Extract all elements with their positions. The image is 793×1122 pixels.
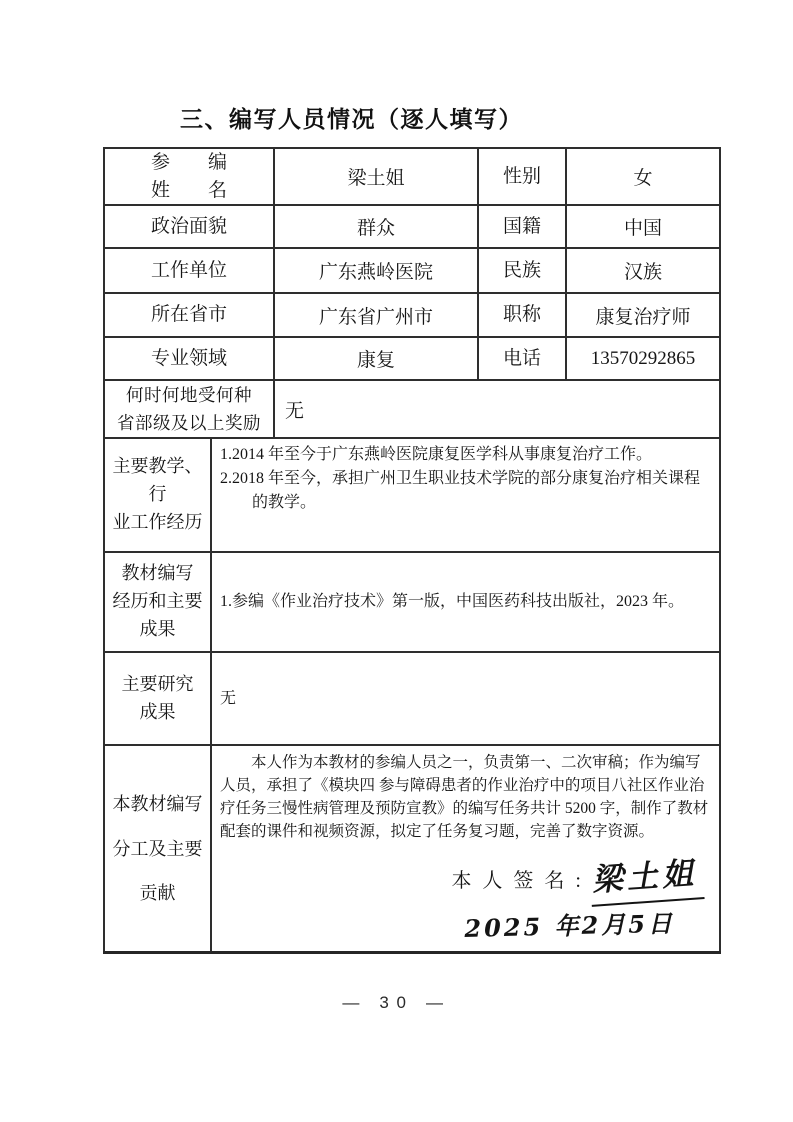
table-row-province: 所在省市 广东省广州市 职称 康复治疗师	[104, 293, 720, 337]
field-label-gender: 性别	[478, 148, 566, 205]
field-value-gender: 女	[566, 148, 720, 205]
field-label-textbook-experience: 教材编写 经历和主要 成果	[104, 552, 211, 652]
field-value-awards: 无	[274, 380, 720, 440]
table-row-employer: 工作单位 广东燕岭医院 民族 汉族	[104, 248, 720, 293]
table-row-name: 参 编 姓 名 梁土姐 性别 女	[104, 148, 720, 205]
signature-date: 2025 年2月5日	[220, 905, 710, 953]
field-value-nationality: 中国	[566, 205, 720, 248]
field-value-specialty: 康复	[274, 337, 478, 380]
field-label-nationality: 国籍	[478, 205, 566, 248]
field-value-employer: 广东燕岭医院	[274, 248, 478, 293]
field-value-province-city: 广东省广州市	[274, 293, 478, 337]
scanned-form-page: 三、编写人员情况（逐人填写） 参 编 姓 名 梁土姐 性别 女 政治面貌 群众 …	[0, 0, 793, 1122]
field-label-political-status: 政治面貌	[104, 205, 274, 248]
field-value-teaching-experience: 1.2014 年至今于广东燕岭医院康复医学科从事康复治疗工作。 2.2018 年…	[211, 438, 720, 552]
signature-row: 本人签名:梁土姐	[220, 854, 709, 903]
field-label-employer: 工作单位	[104, 248, 274, 293]
field-label-research-results: 主要研究 成果	[104, 652, 211, 745]
field-label-specialty: 专业领域	[104, 337, 274, 380]
field-value-title: 康复治疗师	[566, 293, 720, 337]
field-label-ethnicity: 民族	[478, 248, 566, 293]
table-row-contribution: 本教材编写 分工及主要 贡献 本人作为本教材的参编人员之一，负责第一、二次审稿；…	[104, 745, 720, 953]
table-row-teaching-experience: 主要教学、行 业工作经历 1.2014 年至今于广东燕岭医院康复医学科从事康复治…	[104, 438, 720, 552]
table-row-specialty: 专业领域 康复 电话 13570292865	[104, 337, 720, 380]
field-label-province-city: 所在省市	[104, 293, 274, 337]
field-value-contribution: 本人作为本教材的参编人员之一，负责第一、二次审稿；作为编写人员，承担了《模块四 …	[211, 745, 720, 953]
field-value-ethnicity: 汉族	[566, 248, 720, 293]
personnel-info-table: 参 编 姓 名 梁土姐 性别 女 政治面貌 群众 国籍 中国 工作单位 广东燕岭…	[103, 147, 721, 442]
personnel-detail-table: 主要教学、行 业工作经历 1.2014 年至今于广东燕岭医院康复医学科从事康复治…	[103, 437, 721, 954]
signature-label: 本人签名:	[451, 870, 592, 892]
page-number: — 30 —	[0, 993, 793, 1013]
table-row-research-results: 主要研究 成果 无	[104, 652, 720, 745]
table-row-awards: 何时何地受何种 省部级及以上奖励 无	[104, 380, 720, 440]
page-title: 三、编写人员情况（逐人填写）	[180, 101, 523, 134]
field-value-political-status: 群众	[274, 205, 478, 248]
table-row-textbook-experience: 教材编写 经历和主要 成果 1.参编《作业治疗技术》第一版，中国医药科技出版社，…	[104, 552, 720, 652]
field-label-name: 参 编 姓 名	[104, 148, 274, 205]
field-label-title: 职称	[478, 293, 566, 337]
field-label-phone: 电话	[478, 337, 566, 380]
field-label-contribution: 本教材编写 分工及主要 贡献	[104, 745, 211, 953]
field-value-name: 梁土姐	[274, 148, 478, 205]
table-row-political: 政治面貌 群众 国籍 中国	[104, 205, 720, 248]
field-value-phone: 13570292865	[566, 337, 720, 380]
field-value-research-results: 无	[211, 652, 720, 745]
contribution-paragraph: 本人作为本教材的参编人员之一，负责第一、二次审稿；作为编写人员，承担了《模块四 …	[220, 752, 709, 844]
field-value-textbook-experience: 1.参编《作业治疗技术》第一版，中国医药科技出版社，2023 年。	[211, 552, 720, 652]
signature-name: 梁土姐	[588, 850, 704, 906]
field-label-awards: 何时何地受何种 省部级及以上奖励	[104, 380, 274, 440]
field-label-teaching-experience: 主要教学、行 业工作经历	[104, 438, 211, 552]
